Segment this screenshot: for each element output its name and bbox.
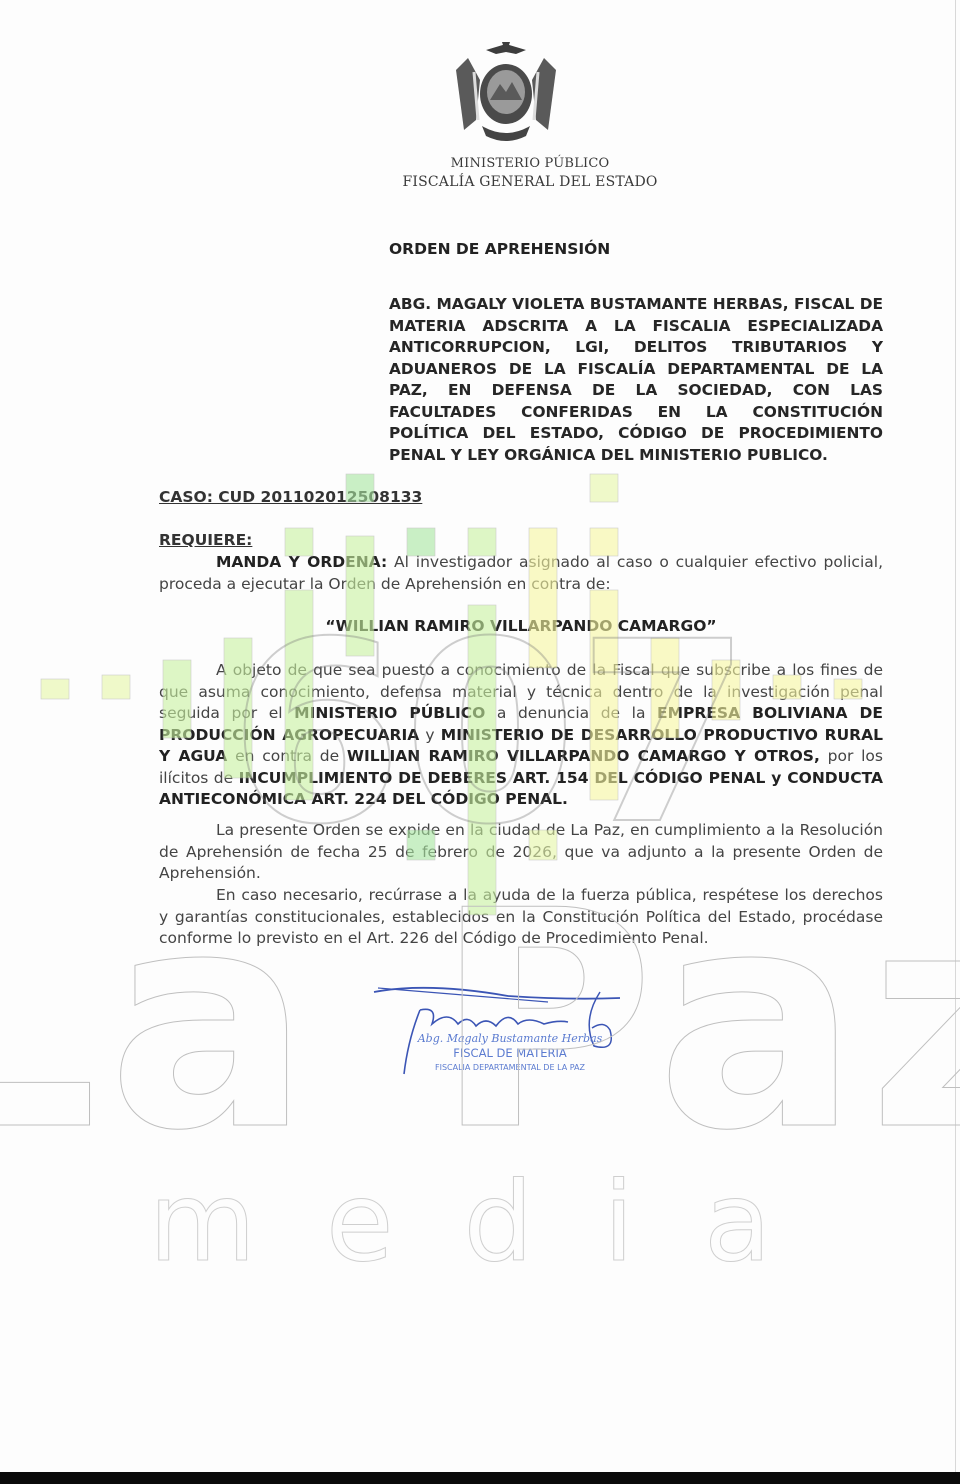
svg-text:FISCALIA DEPARTAMENTAL DE LA P: FISCALIA DEPARTAMENTAL DE LA PAZ: [435, 1063, 586, 1072]
manda-bold: MANDA Y ORDENA:: [216, 553, 387, 571]
objeto-text: en contra de: [227, 747, 347, 765]
accused-name: “WILLIAN RAMIRO VILLARPANDO CAMARGO”: [159, 617, 883, 635]
page-edge: [955, 0, 956, 1472]
institution-line-1: MINISTERIO PÚBLICO: [380, 156, 680, 171]
signature-stamp: Abg. Magaly Bustamante Herbas FISCAL DE …: [368, 980, 628, 1080]
svg-text:FISCAL DE MATERIA: FISCAL DE MATERIA: [453, 1046, 567, 1060]
objeto-text: y: [419, 726, 441, 744]
fiscal-block: ABG. MAGALY VIOLETA BUSTAMANTE HERBAS, F…: [389, 294, 883, 466]
objeto-bold: WILLIAN RAMIRO VILLARPANDO CAMARGO Y OTR…: [347, 747, 820, 765]
requiere-heading: REQUIERE:: [159, 531, 252, 549]
svg-text:Abg. Magaly Bustamante Herbas: Abg. Magaly Bustamante Herbas: [417, 1032, 603, 1045]
manda-paragraph: MANDA Y ORDENA: Al investigador asignado…: [159, 552, 883, 595]
objeto-paragraph: A objeto de que sea puesto a conocimient…: [159, 660, 883, 811]
objeto-bold: INCUMPLIMIENTO DE DEBERES ART. 154 DEL C…: [159, 769, 883, 809]
case-number: CASO: CUD 201102012508133: [159, 488, 422, 506]
objeto-text: a denuncia de la: [485, 704, 657, 722]
bolivia-coat-of-arms-icon: [446, 40, 566, 146]
presente-paragraph: La presente Orden se expide en la ciudad…: [159, 820, 883, 885]
document-title: ORDEN DE APREHENSIÓN: [389, 240, 610, 258]
institution-line-2: FISCALÍA GENERAL DEL ESTADO: [380, 174, 680, 190]
objeto-bold: MINISTERIO PÚBLICO: [294, 704, 485, 722]
bottom-bar: [0, 1472, 960, 1484]
caso-necesario-paragraph: En caso necesario, recúrrase a la ayuda …: [159, 885, 883, 950]
